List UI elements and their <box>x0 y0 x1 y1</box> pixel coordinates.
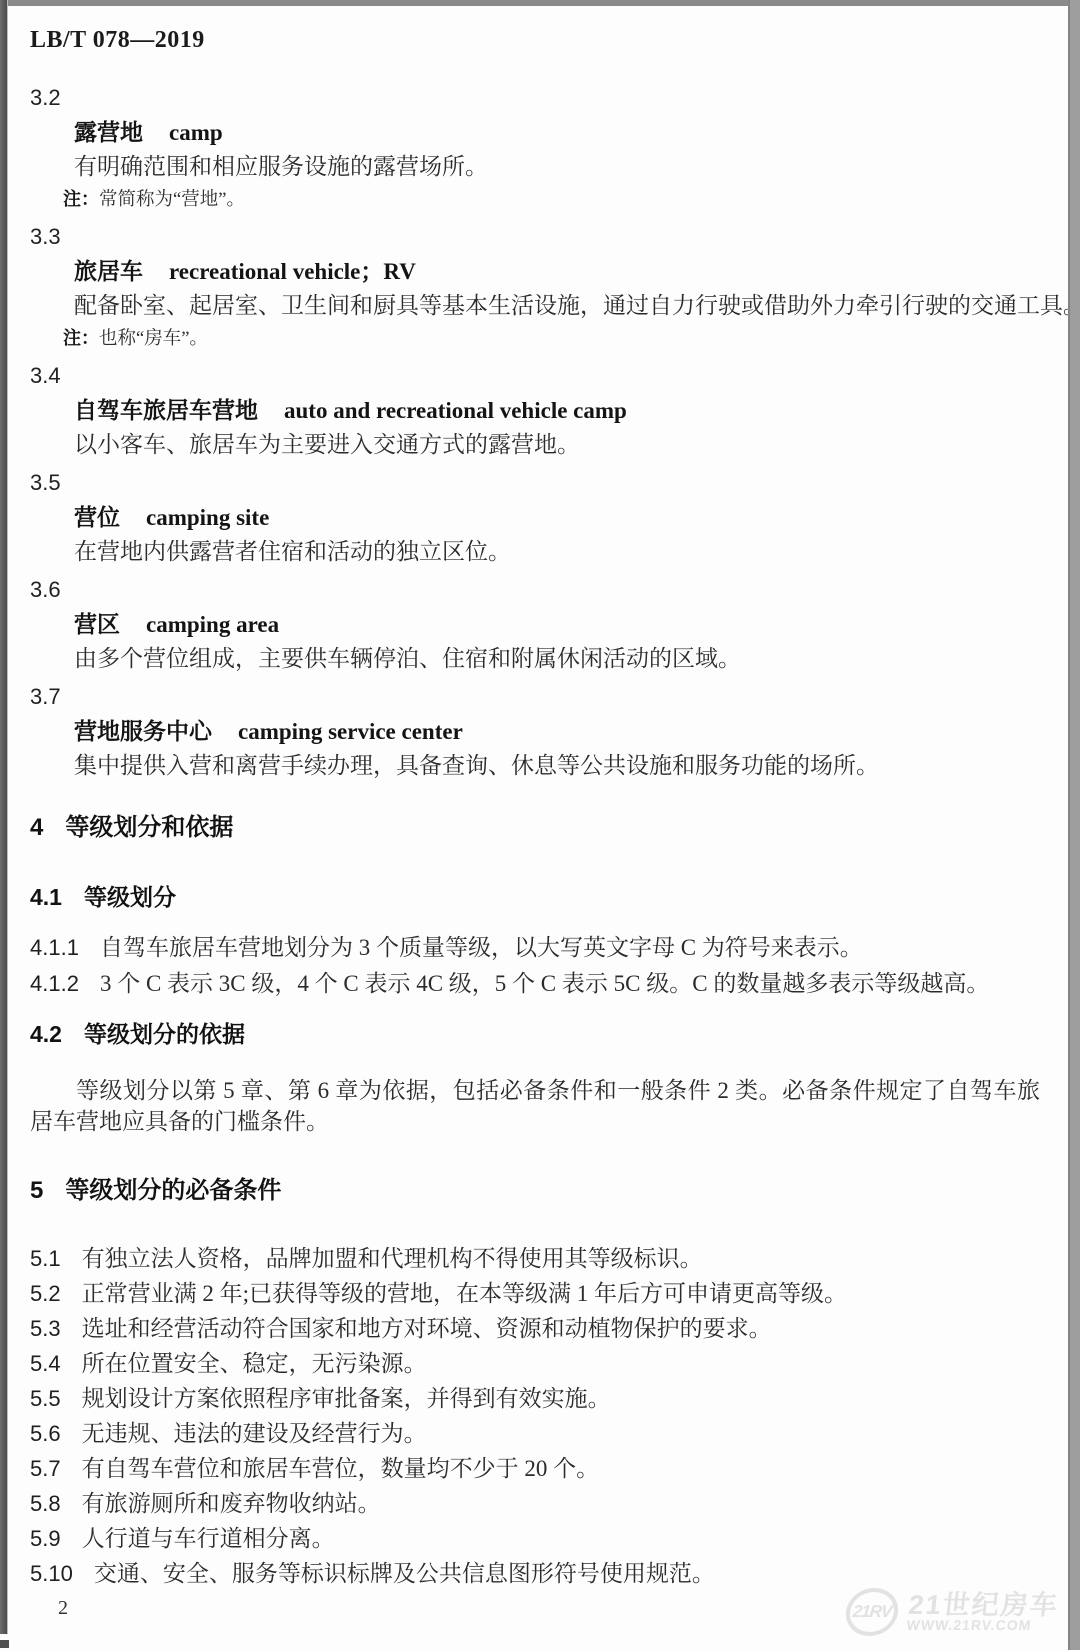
scan-edge-left <box>0 0 8 1634</box>
clause-5-8: 5.8有旅游厕所和废弃物收纳站。 <box>30 1486 1040 1521</box>
term-block-3-4: 3.4 自驾车旅居车营地auto and recreational vehicl… <box>30 358 1040 462</box>
clause-text: 人行道与车行道相分离。 <box>82 1526 335 1551</box>
clause-number: 5.5 <box>30 1386 61 1411</box>
clause-4-1-2: 4.1.23 个 C 表示 3C 级，4 个 C 表示 4C 级，5 个 C 表… <box>30 966 1040 1001</box>
term-note: 注：也称“房车”。 <box>30 323 1040 355</box>
clause-number: 3.4 <box>30 358 1040 393</box>
section-title: 等级划分的依据 <box>84 1021 245 1047</box>
term-block-3-5: 3.5 营位camping site 在营地内供露营者住宿和活动的独立区位。 <box>30 465 1040 569</box>
section-title: 等级划分的必备条件 <box>65 1177 281 1204</box>
term-line: 营位camping site <box>30 500 1040 535</box>
watermark-brand-name: 21世纪房车 <box>907 1592 1060 1618</box>
clause-text: 3 个 C 表示 3C 级，4 个 C 表示 4C 级，5 个 C 表示 5C … <box>100 971 989 996</box>
term-note: 注：常简称为“营地”。 <box>30 184 1040 216</box>
clause-number: 3.3 <box>30 219 1040 254</box>
clause-number: 5.10 <box>30 1561 73 1586</box>
clause-text: 有自驾车营位和旅居车营位，数量均不少于 20 个。 <box>82 1456 600 1481</box>
clause-number: 5.9 <box>30 1526 61 1551</box>
clause-text: 自驾车旅居车营地划分为 3 个质量等级，以大写英文字母 C 为符号来表示。 <box>100 935 863 960</box>
term-chinese: 自驾车旅居车营地 <box>74 397 258 423</box>
clause-5-10: 5.10交通、安全、服务等标识标牌及公共信息图形符号使用规范。 <box>30 1556 1040 1591</box>
clause-number: 5.4 <box>30 1351 61 1376</box>
section-number: 4 <box>30 814 43 841</box>
clause-number: 4.1.2 <box>30 971 79 996</box>
term-block-3-7: 3.7 营地服务中心camping service center 集中提供入营和… <box>30 679 1040 783</box>
section-5-clause-list: 5.1有独立法人资格，品牌加盟和代理机构不得使用其等级标识。 5.2正常营业满 … <box>30 1241 1040 1591</box>
note-label: 注： <box>63 189 99 209</box>
section-5-heading: 5等级划分的必备条件 <box>30 1174 1040 1208</box>
term-line: 旅居车recreational vehicle；RV <box>30 254 1040 289</box>
term-english: camping service center <box>238 719 463 744</box>
clause-number: 3.6 <box>30 572 1040 607</box>
clause-text: 交通、安全、服务等标识标牌及公共信息图形符号使用规范。 <box>94 1561 715 1586</box>
term-block-3-3: 3.3 旅居车recreational vehicle；RV 配备卧室、起居室、… <box>30 219 1040 355</box>
clause-number: 3.7 <box>30 679 1040 714</box>
clause-text: 无违规、违法的建设及经营行为。 <box>82 1421 427 1446</box>
scan-edge-artifact <box>0 1640 9 1648</box>
clause-number: 5.3 <box>30 1316 61 1341</box>
term-english: camping area <box>146 612 279 637</box>
clause-number: 5.2 <box>30 1281 61 1306</box>
note-label: 注： <box>63 328 99 348</box>
term-chinese: 营位 <box>74 504 120 530</box>
term-line: 营区camping area <box>30 607 1040 642</box>
watermark-url: WWW.21RV.COM <box>906 1618 1058 1633</box>
document-standard-number: LB/T 078—2019 <box>30 23 1040 57</box>
term-block-3-6: 3.6 营区camping area 由多个营位组成，主要供车辆停泊、住宿和附属… <box>30 572 1040 676</box>
term-chinese: 营区 <box>74 611 120 637</box>
section-title: 等级划分 <box>84 884 176 910</box>
clause-5-7: 5.7有自驾车营位和旅居车营位，数量均不少于 20 个。 <box>30 1451 1040 1486</box>
section-4-2-paragraph: 等级划分以第 5 章、第 6 章为依据，包括必备条件和一般条件 2 类。必备条件… <box>30 1075 1040 1137</box>
clause-5-2: 5.2正常营业满 2 年;已获得等级的营地，在本等级满 1 年后方可申请更高等级… <box>30 1276 1040 1311</box>
section-4-2-heading: 4.2等级划分的依据 <box>30 1017 1040 1051</box>
clause-number: 3.2 <box>30 80 1040 115</box>
clause-5-6: 5.6无违规、违法的建设及经营行为。 <box>30 1416 1040 1451</box>
term-english: camping site <box>146 505 269 530</box>
clause-number: 4.1.1 <box>30 935 79 960</box>
section-number: 4.2 <box>30 1021 62 1047</box>
term-chinese: 旅居车 <box>74 258 143 284</box>
clause-5-5: 5.5规划设计方案依照程序审批备案，并得到有效实施。 <box>30 1381 1040 1416</box>
section-number: 4.1 <box>30 884 62 910</box>
clause-4-1-1: 4.1.1自驾车旅居车营地划分为 3 个质量等级，以大写英文字母 C 为符号来表… <box>30 930 1040 965</box>
term-definition: 集中提供入营和离营手续办理，具备查询、休息等公共设施和服务功能的场所。 <box>30 749 1040 783</box>
clause-5-1: 5.1有独立法人资格，品牌加盟和代理机构不得使用其等级标识。 <box>30 1241 1040 1276</box>
section-4-heading: 4等级划分和依据 <box>30 811 1040 845</box>
21rv-logo-icon: 21RV <box>843 1588 900 1636</box>
term-english: auto and recreational vehicle camp <box>284 398 627 423</box>
term-chinese: 营地服务中心 <box>74 718 212 744</box>
term-line: 露营地camp <box>30 115 1040 150</box>
term-english: camp <box>169 120 223 145</box>
term-definition: 由多个营位组成，主要供车辆停泊、住宿和附属休闲活动的区域。 <box>30 642 1040 676</box>
term-line: 自驾车旅居车营地auto and recreational vehicle ca… <box>30 393 1040 428</box>
clause-number: 5.1 <box>30 1246 61 1271</box>
term-block-3-2: 3.2 露营地camp 有明确范围和相应服务设施的露营场所。 注：常简称为“营地… <box>30 80 1040 216</box>
section-title: 等级划分和依据 <box>65 814 233 841</box>
clause-text: 选址和经营活动符合国家和地方对环境、资源和动植物保护的要求。 <box>82 1316 772 1341</box>
note-text: 也称“房车”。 <box>99 329 208 349</box>
term-definition: 以小客车、旅居车为主要进入交通方式的露营地。 <box>30 428 1040 462</box>
scan-edge-top <box>0 0 1080 6</box>
term-english: recreational vehicle；RV <box>169 259 416 284</box>
clause-5-4: 5.4所在位置安全、稳定，无污染源。 <box>30 1346 1040 1381</box>
term-definition: 在营地内供露营者住宿和活动的独立区位。 <box>30 535 1040 569</box>
clause-number: 5.7 <box>30 1456 61 1481</box>
clause-number: 5.6 <box>30 1421 61 1446</box>
clause-number: 3.5 <box>30 465 1040 500</box>
note-text: 常简称为“营地”。 <box>99 190 245 210</box>
section-number: 5 <box>30 1177 43 1204</box>
document-page: LB/T 078—2019 3.2 露营地camp 有明确范围和相应服务设施的露… <box>8 6 1068 1626</box>
watermark-21rv: 21RV 21世纪房车 WWW.21RV.COM <box>843 1588 1060 1636</box>
clause-text: 有独立法人资格，品牌加盟和代理机构不得使用其等级标识。 <box>82 1246 703 1271</box>
clause-5-3: 5.3选址和经营活动符合国家和地方对环境、资源和动植物保护的要求。 <box>30 1311 1040 1346</box>
clause-5-9: 5.9人行道与车行道相分离。 <box>30 1521 1040 1556</box>
scan-edge-right <box>1068 0 1080 1650</box>
clause-text: 有旅游厕所和废弃物收纳站。 <box>82 1491 381 1516</box>
term-definition: 有明确范围和相应服务设施的露营场所。 <box>30 150 1040 184</box>
term-definition: 配备卧室、起居室、卫生间和厨具等基本生活设施，通过自力行驶或借助外力牵引行驶的交… <box>30 289 1040 323</box>
clause-text: 规划设计方案依照程序审批备案，并得到有效实施。 <box>82 1386 611 1411</box>
section-4-1-heading: 4.1等级划分 <box>30 880 1040 914</box>
clause-number: 5.8 <box>30 1491 61 1516</box>
term-line: 营地服务中心camping service center <box>30 714 1040 749</box>
term-chinese: 露营地 <box>74 119 143 145</box>
watermark-text: 21世纪房车 WWW.21RV.COM <box>906 1592 1060 1633</box>
clause-text: 所在位置安全、稳定，无污染源。 <box>82 1351 427 1376</box>
clause-text: 正常营业满 2 年;已获得等级的营地，在本等级满 1 年后方可申请更高等级。 <box>82 1281 847 1306</box>
